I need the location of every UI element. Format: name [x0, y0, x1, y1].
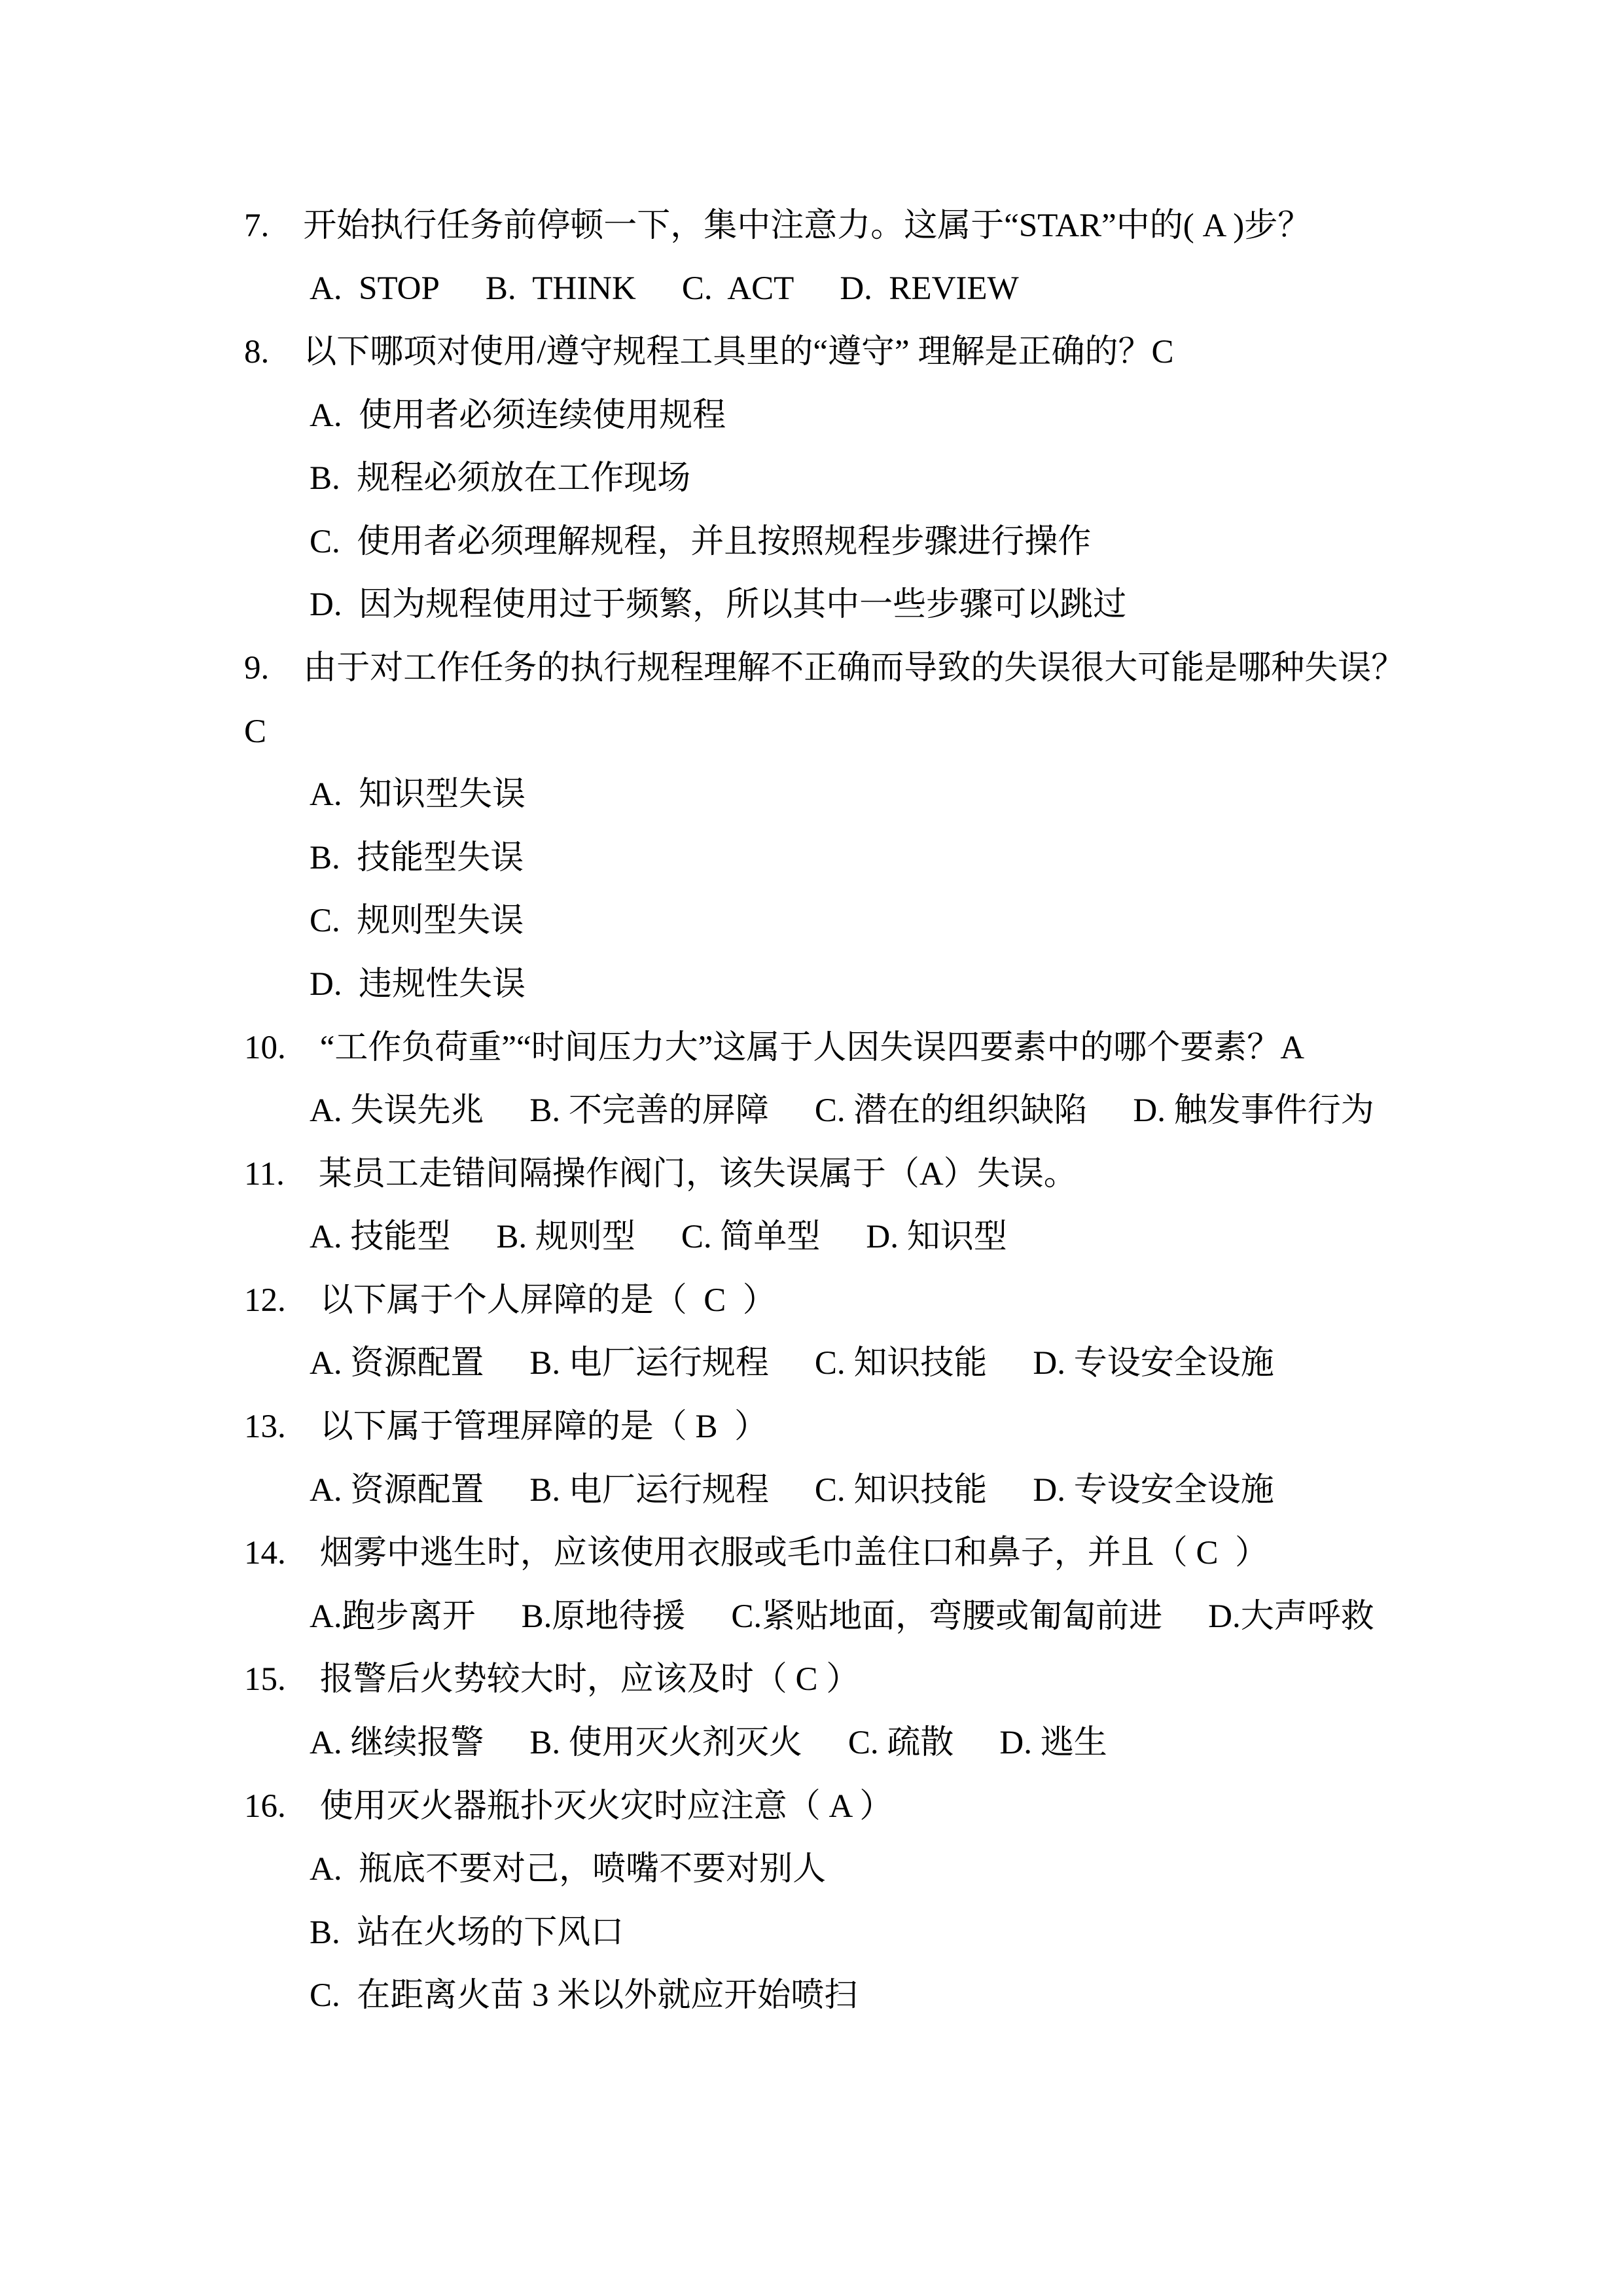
question-number: 15.	[244, 1663, 286, 1696]
question-row: 7.开始执行任务前停顿一下，集中注意力。这属于“STAR”中的( A )步？	[0, 194, 1623, 258]
question-number: 8.	[244, 336, 269, 369]
option: A. 瓶底不要对己，喷嘴不要对别人	[310, 1853, 826, 1886]
option: D. 触发事件行为	[1133, 1094, 1374, 1128]
option-row: A. 继续报警B. 使用灭火剂灭火C. 疏散D. 逃生	[0, 1712, 1623, 1775]
option-row: C. 使用者必须理解规程，并且按照规程步骤进行操作	[0, 511, 1623, 574]
option: A. 资源配置	[310, 1347, 484, 1380]
question-row: 16.使用灭火器瓶扑灭火灾时应注意（ A ）	[0, 1775, 1623, 1839]
option: B. 站在火场的下风口	[310, 1916, 624, 1950]
option-row: B. 规程必须放在工作现场	[0, 447, 1623, 511]
option: A. 知识型失误	[310, 778, 526, 812]
question-number: 12.	[244, 1284, 286, 1318]
option: C. 规则型失误	[310, 905, 524, 938]
option: C. 知识技能	[815, 1474, 988, 1507]
question-number: 14.	[244, 1537, 286, 1570]
option-row: A. 知识型失误	[0, 763, 1623, 827]
question-stem: 报警后火势较大时，应该及时（ C ）	[320, 1663, 860, 1696]
option: C. 知识技能	[815, 1347, 988, 1380]
option-row: D. 违规性失误	[0, 953, 1623, 1016]
option: B. 规程必须放在工作现场	[310, 462, 690, 495]
question-number: 16.	[244, 1790, 286, 1823]
question-stem: 某员工走错间隔操作阀门，该失误属于（A）失误。	[319, 1158, 1077, 1191]
question-stem: 以下属于管理屏障的是（ B ）	[320, 1410, 768, 1444]
option: D. 知识型	[866, 1221, 1007, 1254]
question-number: 10.	[244, 1031, 286, 1065]
option: B. 使用灭火剂灭火	[529, 1727, 802, 1760]
option-row: A. 资源配置B. 电厂运行规程C. 知识技能D. 专设安全设施	[0, 1459, 1623, 1522]
option: B. 技能型失误	[310, 842, 524, 875]
option: C. ACT	[682, 272, 794, 306]
option: B. 不完善的屏障	[529, 1094, 769, 1128]
option: D. 因为规程使用过于频繁，所以其中一些步骤可以跳过	[310, 588, 1126, 622]
option-row: C. 在距离火苗 3 米以外就应开始喷扫	[0, 1965, 1623, 2028]
option-row: B. 站在火场的下风口	[0, 1901, 1623, 1965]
question-stem: 以下属于个人屏障的是（ C ）	[320, 1284, 776, 1318]
option: C. 使用者必须理解规程，并且按照规程步骤进行操作	[310, 526, 1091, 559]
question-stem: “工作负荷重”“时间压力大”这属于人因失误四要素中的哪个要素？A	[320, 1031, 1304, 1065]
option: A.跑步离开	[310, 1600, 476, 1634]
option-row: A. STOPB. THINKC. ACTD. REVIEW	[0, 258, 1623, 321]
option: B. 规则型	[496, 1221, 635, 1254]
option-row: A. 瓶底不要对己，喷嘴不要对别人	[0, 1838, 1623, 1901]
option-row: A. 使用者必须连续使用规程	[0, 384, 1623, 448]
question-row: 14.烟雾中逃生时，应该使用衣服或毛巾盖住口和鼻子，并且（ C ）	[0, 1522, 1623, 1585]
option: A. 使用者必须连续使用规程	[310, 399, 726, 433]
option-row: A. 资源配置B. 电厂运行规程C. 知识技能D. 专设安全设施	[0, 1333, 1623, 1396]
answer-row: C	[0, 700, 1623, 764]
question-stem: 开始执行任务前停顿一下，集中注意力。这属于“STAR”中的( A )步？	[303, 209, 1311, 243]
option: C. 简单型	[681, 1221, 821, 1254]
question-stem: 烟雾中逃生时，应该使用衣服或毛巾盖住口和鼻子，并且（ C ）	[320, 1537, 1268, 1570]
option: B. 电厂运行规程	[529, 1474, 769, 1507]
question-row: 11.某员工走错间隔操作阀门，该失误属于（A）失误。	[0, 1143, 1623, 1206]
option: B. THINK	[486, 272, 636, 306]
option: D. REVIEW	[840, 272, 1018, 306]
option: B. 电厂运行规程	[529, 1347, 769, 1380]
question-stem: 由于对工作任务的执行规程理解不正确而导致的失误很大可能是哪种失误？	[303, 652, 1404, 685]
question-number: 13.	[244, 1410, 286, 1444]
question-row: 13.以下属于管理屏障的是（ B ）	[0, 1395, 1623, 1459]
option: A. 技能型	[310, 1221, 450, 1254]
option-row: D. 因为规程使用过于频繁，所以其中一些步骤可以跳过	[0, 574, 1623, 637]
option: C. 潜在的组织缺陷	[815, 1094, 1088, 1128]
question-row: 15.报警后火势较大时，应该及时（ C ）	[0, 1649, 1623, 1712]
document-body: 7.开始执行任务前停顿一下，集中注意力。这属于“STAR”中的( A )步？A.…	[0, 0, 1623, 2028]
option: D.大声呼救	[1208, 1600, 1374, 1634]
option-row: A. 失误先兆B. 不完善的屏障C. 潜在的组织缺陷D. 触发事件行为	[0, 1079, 1623, 1143]
option: C. 在距离火苗 3 米以外就应开始喷扫	[310, 1979, 857, 2013]
question-stem: 使用灭火器瓶扑灭火灾时应注意（ A ）	[320, 1790, 893, 1823]
option: C. 疏散	[848, 1727, 954, 1760]
question-stem: 以下哪项对使用/遵守规程工具里的“遵守” 理解是正确的？C	[303, 336, 1173, 369]
option: C.紧贴地面，弯腰或匍匐前进	[731, 1600, 1162, 1634]
question-number: 11.	[244, 1158, 285, 1191]
option: A. 失误先兆	[310, 1094, 484, 1128]
option: A. STOP	[310, 272, 440, 306]
answer-letter: C	[244, 715, 266, 749]
option: B.原地待援	[522, 1600, 686, 1634]
option-row: B. 技能型失误	[0, 827, 1623, 890]
question-number: 9.	[244, 652, 269, 685]
option-row: A. 技能型B. 规则型C. 简单型D. 知识型	[0, 1206, 1623, 1270]
option: D. 专设安全设施	[1033, 1474, 1274, 1507]
option-row: A.跑步离开B.原地待援C.紧贴地面，弯腰或匍匐前进D.大声呼救	[0, 1585, 1623, 1649]
question-number: 7.	[244, 209, 269, 243]
question-row: 10.“工作负荷重”“时间压力大”这属于人因失误四要素中的哪个要素？A	[0, 1016, 1623, 1080]
exam-document-page: 7.开始执行任务前停顿一下，集中注意力。这属于“STAR”中的( A )步？A.…	[0, 0, 1623, 2296]
option: D. 专设安全设施	[1033, 1347, 1274, 1380]
option: D. 违规性失误	[310, 968, 526, 1001]
question-row: 12.以下属于个人屏障的是（ C ）	[0, 1269, 1623, 1333]
option: D. 逃生	[999, 1727, 1107, 1760]
option: A. 资源配置	[310, 1474, 484, 1507]
question-row: 9.由于对工作任务的执行规程理解不正确而导致的失误很大可能是哪种失误？	[0, 637, 1623, 700]
option-row: C. 规则型失误	[0, 890, 1623, 954]
option: A. 继续报警	[310, 1727, 484, 1760]
question-row: 8.以下哪项对使用/遵守规程工具里的“遵守” 理解是正确的？C	[0, 321, 1623, 384]
